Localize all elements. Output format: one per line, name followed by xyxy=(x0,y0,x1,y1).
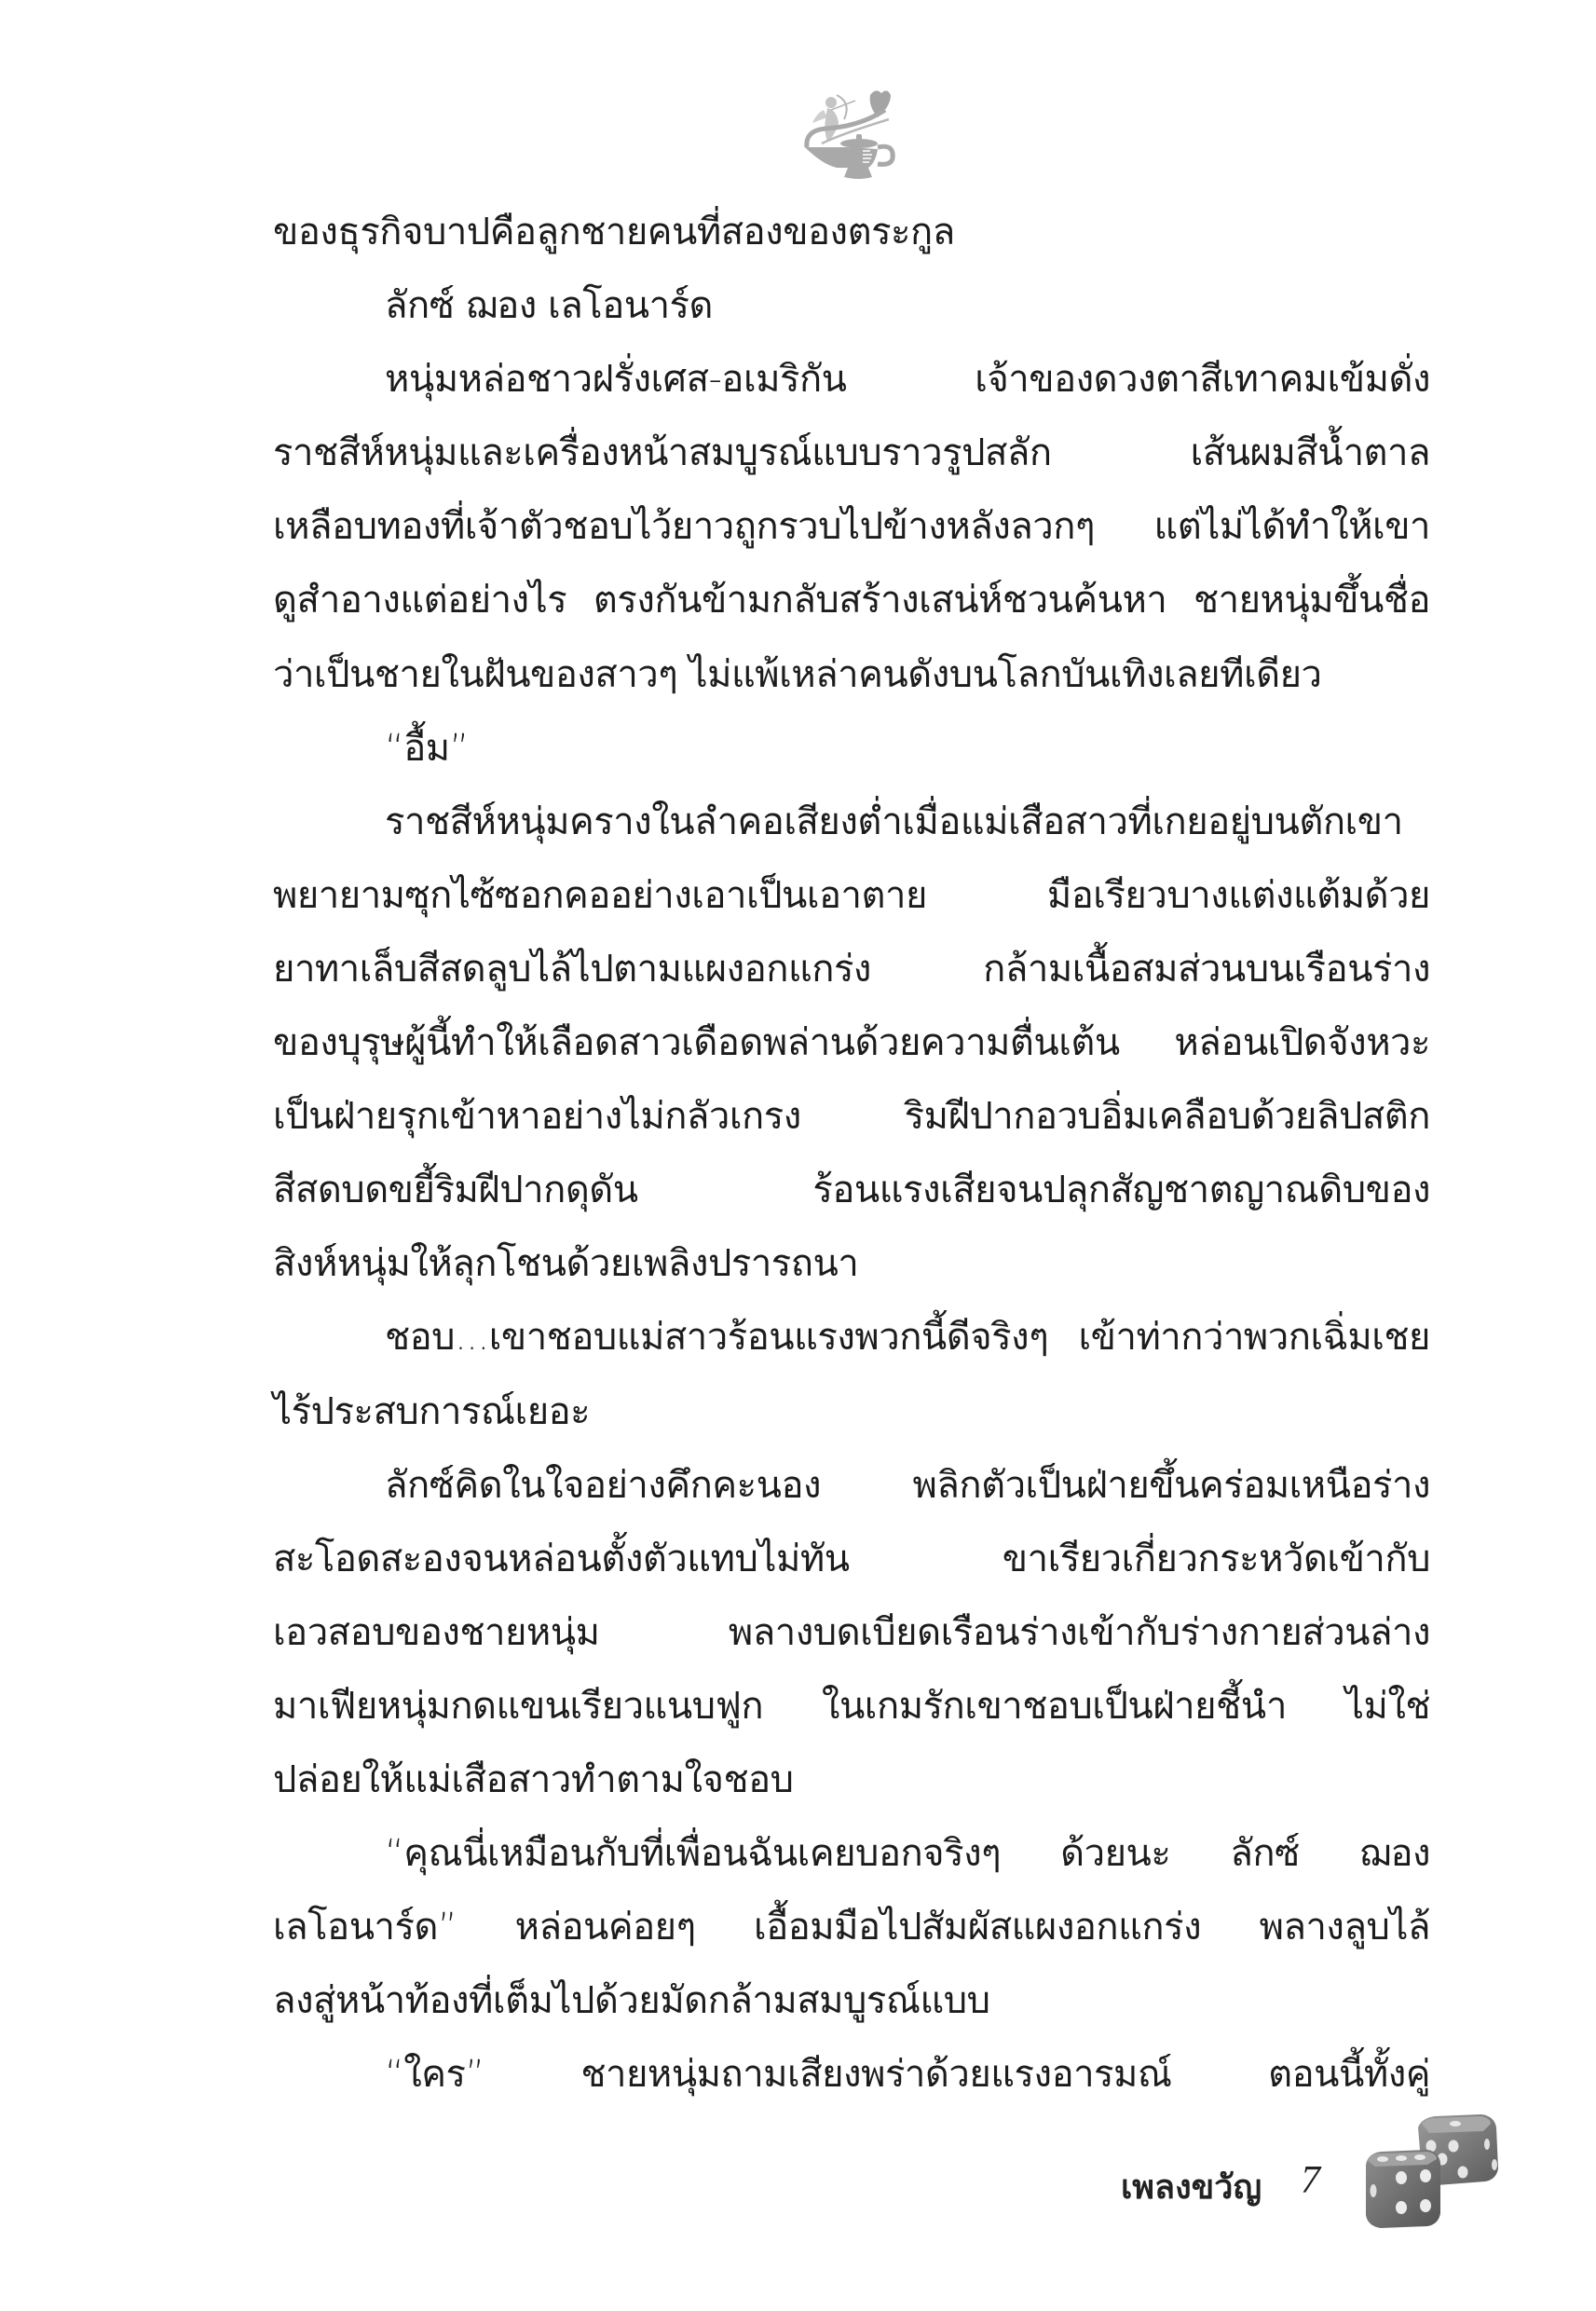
text-line: “ใคร” ชายหนุ่มถามเสียงพร่าด้วยแรงอารมณ์ … xyxy=(273,2038,1430,2112)
text-line: ปล่อยให้แม่เสือสาวทำตามใจชอบ xyxy=(273,1744,1430,1817)
text-line: ลักซ์คิดในใจอย่างคึกคะนอง พลิกตัวเป็นฝ่า… xyxy=(273,1449,1430,1523)
text-line: เอวสอบของชายหนุ่ม พลางบดเบียดเรือนร่างเข… xyxy=(273,1596,1430,1670)
text-line: ราชสีห์หนุ่มครางในลำคอเสียงต่ำเมื่อแม่เส… xyxy=(273,786,1430,859)
text-line: ลักซ์ ฌอง เลโอนาร์ด xyxy=(273,269,1430,343)
running-footer-book-title: เพลงขวัญ xyxy=(1121,2160,1262,2213)
text-line: ของบุรุษผู้นี้ทำให้เลือดสาวเดือดพล่านด้ว… xyxy=(273,1006,1430,1080)
text-line: ลงสู่หน้าท้องที่เต็มไปด้วยมัดกล้ามสมบูรณ… xyxy=(273,1964,1430,2038)
lamp-cupid-ornament-icon xyxy=(803,82,904,185)
text-line: ของธุรกิจบาปคือลูกชายคนที่สองของตระกูล xyxy=(273,196,1430,269)
page-number: 7 xyxy=(1301,2158,1320,2203)
chapter-body-text: ของธุรกิจบาปคือลูกชายคนที่สองของตระกูล ล… xyxy=(273,196,1430,2112)
dice-ornament-icon xyxy=(1360,2111,1505,2232)
text-line: ไร้ประสบการณ์เยอะ xyxy=(273,1375,1430,1449)
text-line: สะโอดสะองจนหล่อนตั้งตัวแทบไม่ทัน ขาเรียว… xyxy=(273,1523,1430,1596)
text-line: ชอบ...เขาชอบแม่สาวร้อนแรงพวกนี้ดีจริงๆ เ… xyxy=(273,1301,1430,1374)
text-line: ยาทาเล็บสีสดลูบไล้ไปตามแผงอกแกร่ง กล้ามเ… xyxy=(273,933,1430,1006)
text-line: สีสดบดขยี้ริมฝีปากดุดัน ร้อนแรงเสียจนปลุ… xyxy=(273,1154,1430,1227)
text-line: สิงห์หนุ่มให้ลุกโชนด้วยเพลิงปรารถนา xyxy=(273,1227,1430,1301)
text-line: ดูสำอางแต่อย่างไร ตรงกันข้ามกลับสร้างเสน… xyxy=(273,564,1430,637)
text-line: พยายามซุกไซ้ซอกคออย่างเอาเป็นเอาตาย มือเ… xyxy=(273,859,1430,933)
text-line: “อื้ม” xyxy=(273,712,1430,786)
book-page: ของธุรกิจบาปคือลูกชายคนที่สองของตระกูล ล… xyxy=(0,0,1596,2311)
text-line: เหลือบทองที่เจ้าตัวชอบไว้ยาวถูกรวบไปข้าง… xyxy=(273,490,1430,564)
text-line: เลโอนาร์ด” หล่อนค่อยๆ เอื้อมมือไปสัมผัสแ… xyxy=(273,1891,1430,1964)
text-line: มาเฟียหนุ่มกดแขนเรียวแนบฟูก ในเกมรักเขาช… xyxy=(273,1670,1430,1744)
text-line: “คุณนี่เหมือนกับที่เพื่อนฉันเคยบอกจริงๆ … xyxy=(273,1817,1430,1891)
text-line: ราชสีห์หนุ่มและเครื่องหน้าสมบูรณ์แบบราวร… xyxy=(273,417,1430,490)
text-line: หนุ่มหล่อชาวฝรั่งเศส-อเมริกัน เจ้าของดวง… xyxy=(273,343,1430,417)
text-line: ว่าเป็นชายในฝันของสาวๆ ไม่แพ้เหล่าคนดังบ… xyxy=(273,638,1430,712)
text-line: เป็นฝ่ายรุกเข้าหาอย่างไม่กลัวเกรง ริมฝีป… xyxy=(273,1080,1430,1154)
